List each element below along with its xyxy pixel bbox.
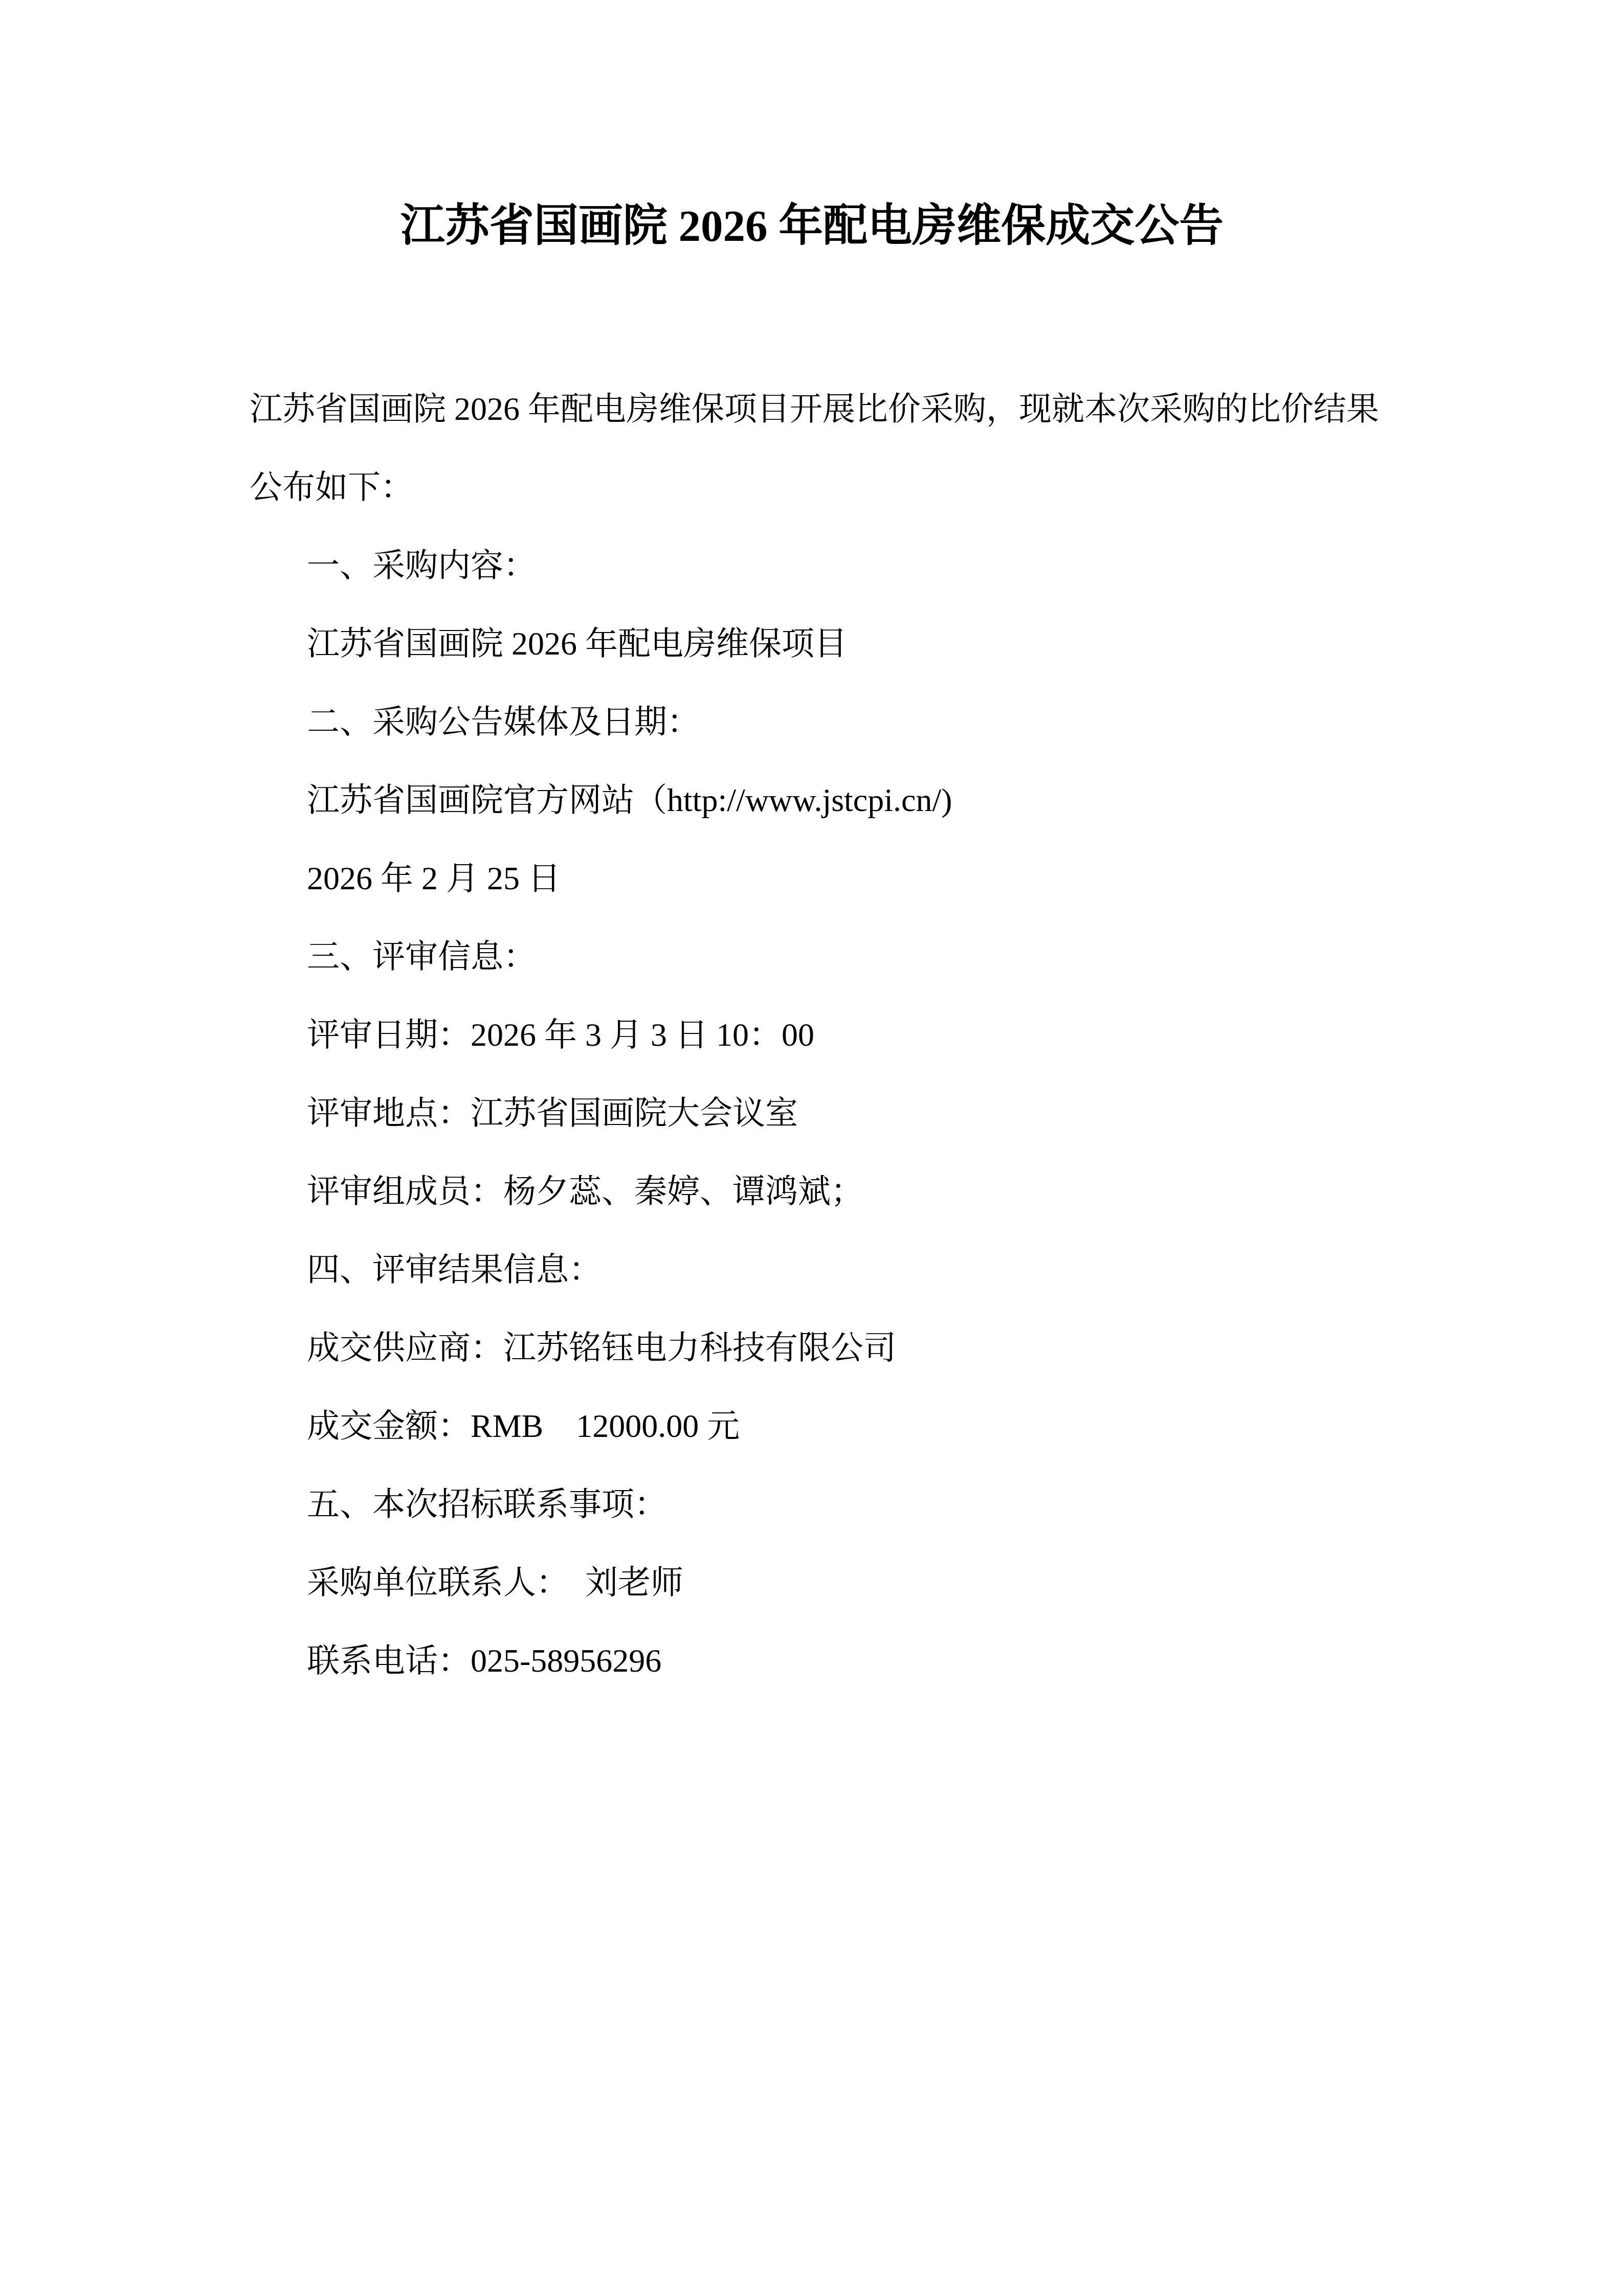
body-line: 一、采购内容： <box>250 526 1380 604</box>
body-line: 四、评审结果信息： <box>250 1230 1380 1309</box>
body-line: 采购单位联系人： 刘老师 <box>250 1543 1380 1622</box>
body-line: 2026 年 2 月 25 日 <box>250 839 1380 917</box>
body-line: 公布如下： <box>250 448 1380 526</box>
body-line: 江苏省国画院官方网站（http://www.jstcpi.cn/) <box>250 761 1380 839</box>
body-line: 联系电话：025-58956296 <box>250 1622 1380 1700</box>
body-line: 评审日期：2026 年 3 月 3 日 10：00 <box>250 996 1380 1074</box>
body-line: 评审组成员：杨夕蕊、秦婷、谭鸿斌； <box>250 1152 1380 1230</box>
body-line: 成交金额：RMB 12000.00 元 <box>250 1387 1380 1465</box>
body-line: 江苏省国画院 2026 年配电房维保项目 <box>250 604 1380 683</box>
document-page: 江苏省国画院 2026 年配电房维保成交公告 江苏省国画院 2026 年配电房维… <box>0 0 1624 2296</box>
body-line: 二、采购公告媒体及日期： <box>250 683 1380 761</box>
body-line: 评审地点：江苏省国画院大会议室 <box>250 1074 1380 1152</box>
body-line: 成交供应商：江苏铭钰电力科技有限公司 <box>250 1309 1380 1387</box>
document-title: 江苏省国画院 2026 年配电房维保成交公告 <box>0 0 1624 255</box>
body-line: 江苏省国画院 2026 年配电房维保项目开展比价采购，现就本次采购的比价结果 <box>250 370 1380 448</box>
body-line: 五、本次招标联系事项： <box>250 1465 1380 1543</box>
document-body: 江苏省国画院 2026 年配电房维保项目开展比价采购，现就本次采购的比价结果公布… <box>250 370 1380 1700</box>
body-line: 三、评审信息： <box>250 917 1380 996</box>
